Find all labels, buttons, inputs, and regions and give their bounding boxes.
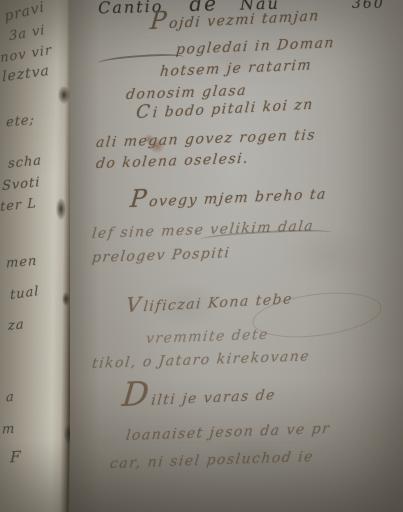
- decorated-initial: P: [149, 6, 168, 35]
- decorated-initial: P: [129, 184, 148, 213]
- left-page-fragment: ete;: [6, 112, 35, 130]
- left-page-fragment: ter L: [0, 196, 37, 215]
- left-page-fragment: pravi: [3, 0, 45, 25]
- left-page-fragment: za: [8, 317, 25, 334]
- left-page-fragment: F: [10, 448, 22, 467]
- binding-thread-spot: [58, 86, 70, 104]
- left-page-fragment: Svoti: [2, 175, 40, 194]
- left-page-fragment: leztva: [2, 63, 50, 86]
- left-page-fragment: tual: [10, 284, 40, 303]
- left-page-fragment: scha: [8, 153, 42, 172]
- left-page-fragment: a: [6, 390, 15, 406]
- left-page-fragment: men: [6, 254, 38, 272]
- page-number: 360: [352, 0, 385, 12]
- decorated-initial: D: [121, 374, 151, 414]
- decorated-initial: C: [135, 101, 151, 123]
- decorated-initial: V: [125, 292, 142, 317]
- binding-thread-spot: [62, 292, 70, 306]
- binding-thread-spot: [56, 198, 66, 220]
- manuscript-photo: pravi 3a vi nov vir leztva ete; scha Svo…: [0, 0, 403, 512]
- left-page-fragment: m: [2, 421, 16, 437]
- left-page-fragment: 3a vi: [9, 23, 46, 44]
